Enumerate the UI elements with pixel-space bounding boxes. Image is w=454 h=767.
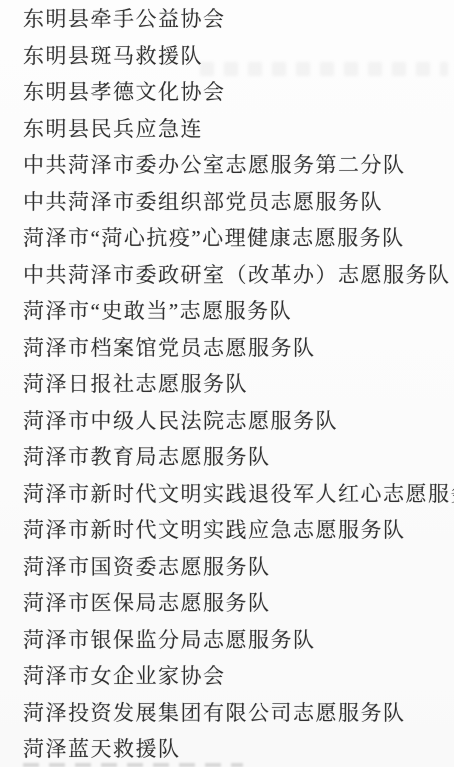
org-list-item: 菏泽市新时代文明实践退役军人红心志愿服务队 [0, 475, 454, 512]
org-list-item: 菏泽市中级人民法院志愿服务队 [0, 402, 454, 439]
org-list-item: 东明县孝德文化协会 [0, 73, 454, 110]
org-list-item: 菏泽市女企业家协会 [0, 657, 454, 694]
org-list-item: 东明县牵手公益协会 [0, 0, 454, 37]
org-list-item: 菏泽市新时代文明实践应急志愿服务队 [0, 511, 454, 548]
document-page: 东明县牵手公益协会 东明县斑马救援队 东明县孝德文化协会 东明县民兵应急连 中共… [0, 0, 454, 767]
org-list-item: 菏泽市教育局志愿服务队 [0, 438, 454, 475]
org-list-item: 菏泽市“史敢当”志愿服务队 [0, 292, 454, 329]
org-list-item: 菏泽投资发展集团有限公司志愿服务队 [0, 694, 454, 731]
org-list-item: 菏泽市“菏心抗疫”心理健康志愿服务队 [0, 219, 454, 256]
org-list-item: 东明县民兵应急连 [0, 110, 454, 147]
org-list-item: 菏泽市银保监分局志愿服务队 [0, 621, 454, 658]
org-list-item: 中共菏泽市委办公室志愿服务第二分队 [0, 146, 454, 183]
organization-list: 东明县牵手公益协会 东明县斑马救援队 东明县孝德文化协会 东明县民兵应急连 中共… [0, 0, 454, 767]
org-list-item: 菏泽日报社志愿服务队 [0, 365, 454, 402]
org-list-item: 中共菏泽市委政研室（改革办）志愿服务队 [0, 256, 454, 293]
org-list-item: 菏泽市国资委志愿服务队 [0, 548, 454, 585]
org-list-item: 菏泽市档案馆党员志愿服务队 [0, 329, 454, 366]
org-list-item: 菏泽市医保局志愿服务队 [0, 584, 454, 621]
org-list-item: 中共菏泽市委组织部党员志愿服务队 [0, 183, 454, 220]
org-list-item: 菏泽蓝天救援队 [0, 730, 454, 767]
org-list-item: 东明县斑马救援队 [0, 37, 454, 74]
